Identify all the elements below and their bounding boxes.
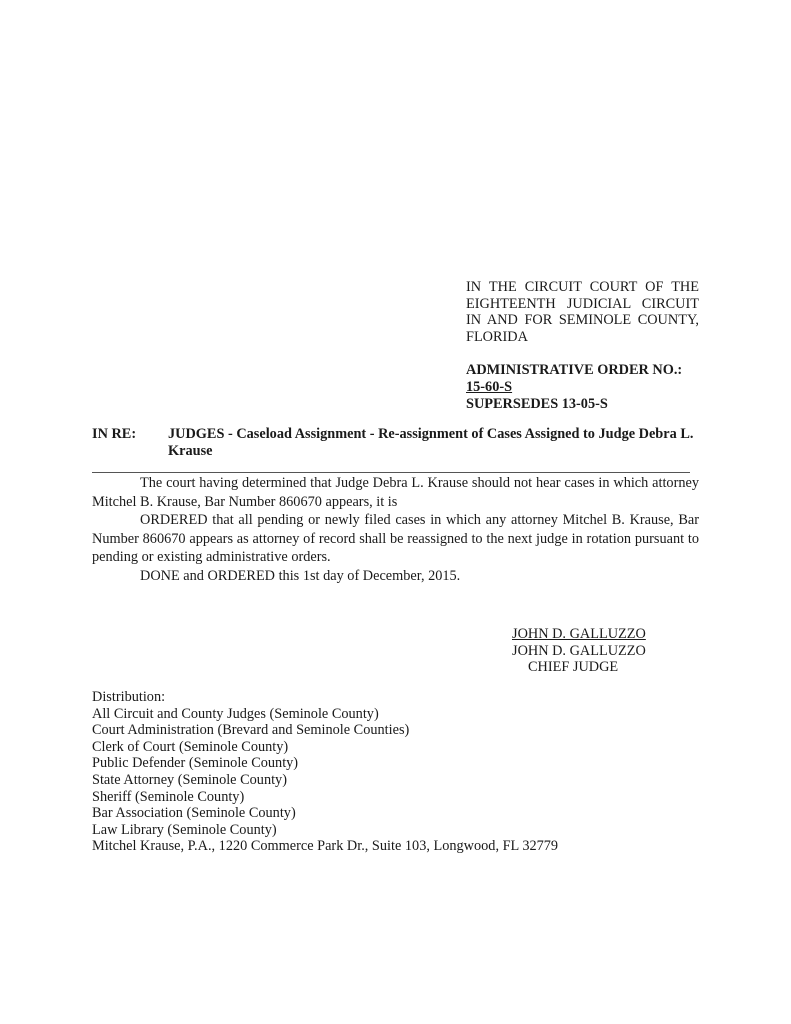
distribution-recipient: Mitchel Krause, P.A., 1220 Commerce Park…: [92, 838, 558, 855]
court-line: EIGHTEENTH JUDICIAL CIRCUIT: [466, 296, 699, 313]
distribution-recipient: Law Library (Seminole County): [92, 822, 558, 839]
signer-title: CHIEF JUDGE: [512, 659, 646, 676]
distribution-recipient: Court Administration (Brevard and Semino…: [92, 722, 558, 739]
signed-name: JOHN D. GALLUZZO: [512, 626, 646, 643]
distribution-recipient: Public Defender (Seminole County): [92, 755, 558, 772]
distribution-recipient: State Attorney (Seminole County): [92, 772, 558, 789]
body-paragraph: DONE and ORDERED this 1st day of Decembe…: [92, 567, 699, 586]
court-line: IN AND FOR SEMINOLE COUNTY,: [466, 312, 699, 329]
subject-line: Krause: [168, 443, 698, 460]
order-number: 15-60-S: [466, 379, 512, 395]
court-line: IN THE CIRCUIT COURT OF THE: [466, 279, 699, 296]
supersedes-note: SUPERSEDES 13-05-S: [466, 396, 699, 413]
subject-line: JUDGES - Caseload Assignment - Re-assign…: [168, 426, 698, 443]
court-line: FLORIDA: [466, 329, 699, 346]
order-heading: ADMINISTRATIVE ORDER NO.:: [466, 362, 699, 379]
case-caption: IN THE CIRCUIT COURT OF THE EIGHTEENTH J…: [466, 279, 699, 412]
distribution-recipient: All Circuit and County Judges (Seminole …: [92, 706, 558, 723]
in-re-subject: JUDGES - Caseload Assignment - Re-assign…: [168, 426, 698, 459]
in-re-label: IN RE:: [92, 426, 136, 443]
distribution-recipient: Sheriff (Seminole County): [92, 789, 558, 806]
order-block: ADMINISTRATIVE ORDER NO.: 15-60-S SUPERS…: [466, 362, 699, 412]
order-body: The court having determined that Judge D…: [92, 474, 699, 586]
distribution-recipient: Clerk of Court (Seminole County): [92, 739, 558, 756]
distribution-list: Distribution: All Circuit and County Jud…: [92, 689, 558, 855]
distribution-recipient: Bar Association (Seminole County): [92, 805, 558, 822]
document-page: IN THE CIRCUIT COURT OF THE EIGHTEENTH J…: [0, 0, 791, 1024]
printed-name: JOHN D. GALLUZZO: [512, 643, 646, 660]
signature-block: JOHN D. GALLUZZO JOHN D. GALLUZZO CHIEF …: [512, 626, 646, 676]
body-paragraph: The court having determined that Judge D…: [92, 474, 699, 511]
body-paragraph: ORDERED that all pending or newly filed …: [92, 511, 699, 567]
separator-line: [92, 472, 690, 473]
distribution-heading: Distribution:: [92, 689, 558, 706]
